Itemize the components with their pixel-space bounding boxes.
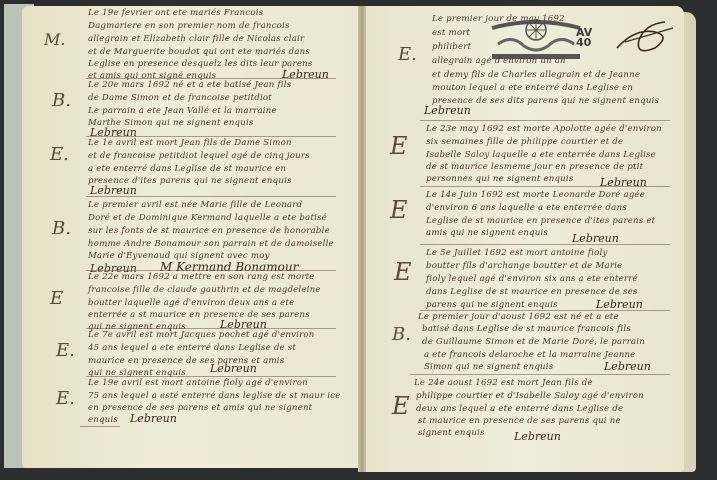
text-line: de Guillaume Simon et de Marie Doré, le … bbox=[422, 337, 645, 347]
margin-letter: E. bbox=[50, 144, 69, 165]
text-line: Leglise en presence desquelz les dits le… bbox=[88, 59, 312, 69]
priest-signature: Lebreun bbox=[514, 430, 561, 443]
entry-divider bbox=[86, 270, 336, 271]
margin-letter: E bbox=[392, 392, 410, 420]
text-line: Le premier jour de may 1692 bbox=[432, 14, 565, 24]
text-line: est mort bbox=[432, 28, 470, 38]
text-line: Le 7e avril est mort Jacques pochet agé … bbox=[88, 330, 315, 340]
text-line: et de francoise petitdiot lequel agé de … bbox=[88, 151, 310, 161]
priest-signature: Lebreun bbox=[424, 104, 471, 117]
text-line: enterrée a st maurice en presence de ses… bbox=[88, 310, 310, 320]
margin-letter: M. bbox=[44, 30, 65, 49]
text-line: et demy fils de Charles allegrain et de … bbox=[432, 70, 640, 80]
text-line: Le 22e mars 1692 a mettre en son rang es… bbox=[88, 272, 315, 282]
text-line: Dagmariere en son premier nom de francoi… bbox=[88, 21, 290, 31]
text-line: Isabelle Saloy laquelle a ete enterrée d… bbox=[426, 150, 656, 160]
text-line: six semaines fille de philippe courtier … bbox=[426, 137, 623, 147]
text-line: 75 ans lequel a esté enterré dans leglis… bbox=[88, 391, 341, 401]
text-line: d'environ 6 ans laquelle a ete enterrée … bbox=[426, 203, 627, 213]
priest-signature: Lebreun bbox=[604, 360, 651, 373]
text-line: Le 19e avril est mort antoine fioly agé … bbox=[88, 378, 308, 388]
priest-signature: Lebreun bbox=[210, 362, 257, 375]
entry-divider bbox=[410, 374, 670, 375]
text-line: batisé dans Leglise de st maurice franco… bbox=[422, 324, 631, 334]
margin-letter: E bbox=[50, 288, 63, 309]
book-gutter bbox=[358, 6, 366, 472]
margin-letter: E. bbox=[56, 388, 75, 409]
margin-letter: E bbox=[390, 132, 408, 160]
margin-letter: B. bbox=[392, 324, 411, 345]
entry-divider bbox=[80, 426, 120, 427]
entry-divider bbox=[86, 376, 336, 377]
text-line: Le 20e mars 1692 né et a ete batisé Jean… bbox=[88, 80, 291, 90]
entry-divider bbox=[86, 78, 336, 79]
text-line: philippe courtier et d'Isabelle Saloy ag… bbox=[416, 391, 644, 401]
entry-divider bbox=[420, 310, 670, 311]
text-line: personnes qui ne signent enquis bbox=[426, 174, 573, 184]
entry-divider bbox=[420, 244, 670, 245]
text-line: deux ans lequel a ete enterré dans Legli… bbox=[416, 404, 623, 414]
entry-divider bbox=[86, 136, 336, 137]
text-line: de Dame Simon et de francoise petitdiot bbox=[88, 93, 272, 103]
text-line: Le 14e Juin 1692 est morte Leonarde Doré… bbox=[426, 190, 645, 200]
margin-letter: E. bbox=[56, 340, 75, 361]
text-line: philibert bbox=[432, 42, 471, 52]
text-line: Le premier jour d'aoust 1692 est né et a… bbox=[418, 312, 619, 322]
text-line: mouton lequel a ete enterré dans Leglise… bbox=[432, 83, 633, 93]
text-line: a ete enterré dans Leglise de st maurice… bbox=[88, 164, 286, 174]
text-line: fioly lequel agé d'environ six ans a ete… bbox=[426, 274, 638, 284]
entry-divider bbox=[86, 328, 336, 329]
text-line: a ete francois delaroche et la marraine … bbox=[424, 350, 636, 360]
text-line: homme Andre Bonamour son parrain et de d… bbox=[88, 239, 334, 249]
text-line: en presence de ses parens et amis qui ne… bbox=[88, 403, 312, 413]
margin-letter: B. bbox=[52, 218, 71, 239]
entry-divider bbox=[420, 120, 670, 121]
text-line: Le 5e Juillet 1692 est mort antoine fiol… bbox=[426, 248, 608, 258]
signature-flourish-icon bbox=[615, 18, 675, 58]
text-line: amis qui ne signent enquis bbox=[426, 228, 548, 238]
text-line: Le 23e may 1692 est morte Apolotte agée … bbox=[426, 124, 662, 134]
text-line: 45 ans lequel a ete enterré dans Leglise… bbox=[88, 343, 296, 353]
text-line: Leglise de st maurice en presence d'ites… bbox=[426, 216, 655, 226]
text-line: Le 24e aoust 1692 est mort Jean fils de bbox=[414, 378, 593, 388]
margin-letter: E. bbox=[398, 44, 417, 65]
text-line: dans Leglise de st maurice en presence d… bbox=[426, 287, 637, 297]
stamp-number: AV40 bbox=[576, 28, 592, 48]
text-line: Le 1e avril est mort Jean fils de Dame S… bbox=[88, 138, 292, 148]
entry-divider bbox=[86, 196, 336, 197]
priest-signature: Lebreun bbox=[600, 176, 647, 189]
text-line: et de Marguerite boudot qui ont ete mari… bbox=[88, 47, 310, 57]
margin-letter: B. bbox=[52, 90, 71, 111]
text-line: boutter laquelle agé d'environ deux ans … bbox=[88, 298, 294, 308]
text-line: Le 19e fevrier ont ete mariés Francois bbox=[88, 8, 263, 18]
text-line: de st maurice lesmeme jour en presence d… bbox=[426, 162, 643, 172]
text-line: Simon qui ne signent enquis bbox=[424, 362, 553, 372]
priest-signature: Lebreun bbox=[130, 412, 177, 425]
entry-divider bbox=[420, 186, 670, 187]
text-line: Le parrain a ete Jean Vallé et la marrai… bbox=[88, 106, 277, 116]
text-line: signent enquis bbox=[418, 428, 485, 438]
margin-letter: E bbox=[390, 196, 408, 224]
text-line: allegrain agé d'environ un an bbox=[432, 56, 566, 66]
text-line: parens qui ne signent enquis bbox=[426, 300, 558, 310]
text-line: enquis bbox=[88, 415, 118, 425]
margin-letter: E bbox=[394, 258, 412, 286]
text-line: Doré et de Dominique Kermand laquelle a … bbox=[88, 213, 327, 223]
text-line: francoise fille de claude gauthrin et de… bbox=[88, 285, 321, 295]
text-line: boutter fils d'archange boutter et de Ma… bbox=[426, 261, 622, 271]
text-line: allegrain et Elizabeth clair fille de Ni… bbox=[88, 34, 304, 44]
text-line: st maurice en presence de ses parens qui… bbox=[418, 416, 621, 426]
text-line: Le premier avril est née Marie fille de … bbox=[88, 200, 302, 210]
text-line: sur les fonts de st maurice en presence … bbox=[88, 226, 330, 236]
